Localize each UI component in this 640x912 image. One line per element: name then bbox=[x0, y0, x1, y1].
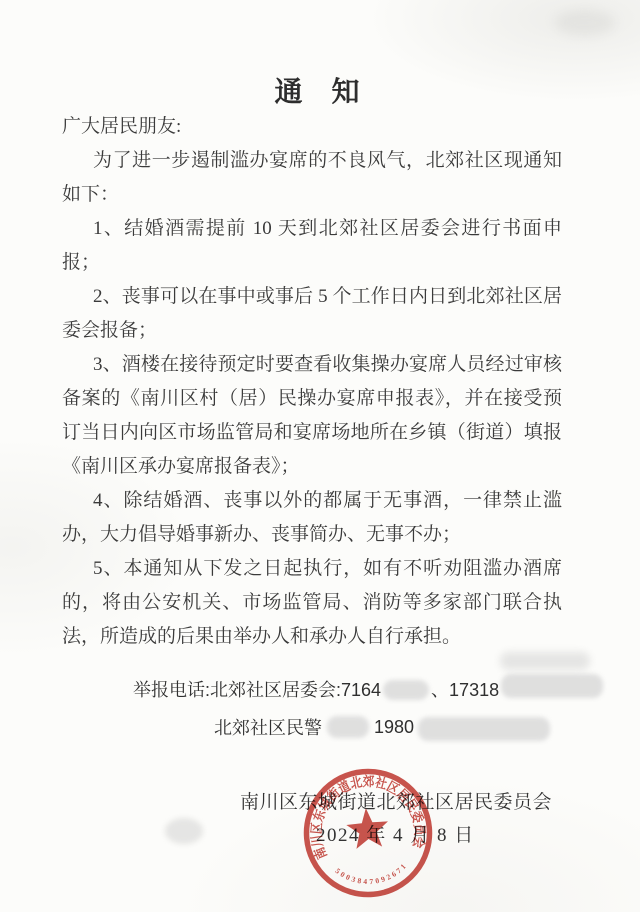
redaction-blob bbox=[327, 716, 369, 738]
notice-item-3: 3、酒楼在接待预定时要查看收集操办宴席人员经过审核备案的《南川区村（居）民操办宴… bbox=[62, 348, 562, 484]
scan-artifact bbox=[500, 652, 590, 670]
hotline-line-1: 举报电话:北郊社区居委会:7164 、17318 bbox=[133, 676, 603, 702]
hotline-second-number: 、17318 bbox=[431, 676, 499, 702]
hotline-police-number: 1980 bbox=[374, 717, 414, 738]
redaction-blob bbox=[501, 674, 603, 698]
scan-artifact bbox=[165, 818, 203, 844]
intro-paragraph: 为了进一步遏制滥办宴席的不良风气，北郊社区现通知如下： bbox=[62, 144, 562, 212]
salutation: 广大居民朋友: bbox=[62, 110, 562, 144]
official-seal: 南川区东城街道北郊社区居民委员会 5003847092671 bbox=[292, 757, 444, 909]
redaction-blob bbox=[383, 680, 429, 700]
notice-item-5: 5、本通知从下发之日起执行，如有不听劝阻滥办酒席的，将由公安机关、市场监管局、消… bbox=[62, 552, 562, 654]
seal-star bbox=[345, 806, 390, 849]
notice-item-4: 4、除结婚酒、丧事以外的都属于无事酒，一律禁止滥办，大力倡导婚事新办、丧事简办、… bbox=[62, 484, 562, 552]
hotline-line-2: 北郊社区民警 1980 bbox=[214, 714, 550, 740]
notice-title: 通 知 bbox=[0, 70, 640, 110]
document-page: 通 知 广大居民朋友: 为了进一步遏制滥办宴席的不良风气，北郊社区现通知如下： … bbox=[0, 0, 640, 912]
notice-body: 广大居民朋友: 为了进一步遏制滥办宴席的不良风气，北郊社区现通知如下： 1、结婚… bbox=[62, 110, 562, 654]
notice-item-2: 2、丧事可以在事中或事后 5 个工作日内日到北郊社区居委会报备； bbox=[62, 280, 562, 348]
scan-artifact bbox=[555, 10, 615, 36]
hotline-police-label: 北郊社区民警 bbox=[214, 714, 322, 740]
notice-item-1: 1、结婚酒需提前 10 天到北郊社区居委会进行书面申报； bbox=[62, 212, 562, 280]
hotline-committee-number: 举报电话:北郊社区居委会:7164 bbox=[133, 676, 381, 702]
redaction-blob bbox=[418, 717, 550, 741]
